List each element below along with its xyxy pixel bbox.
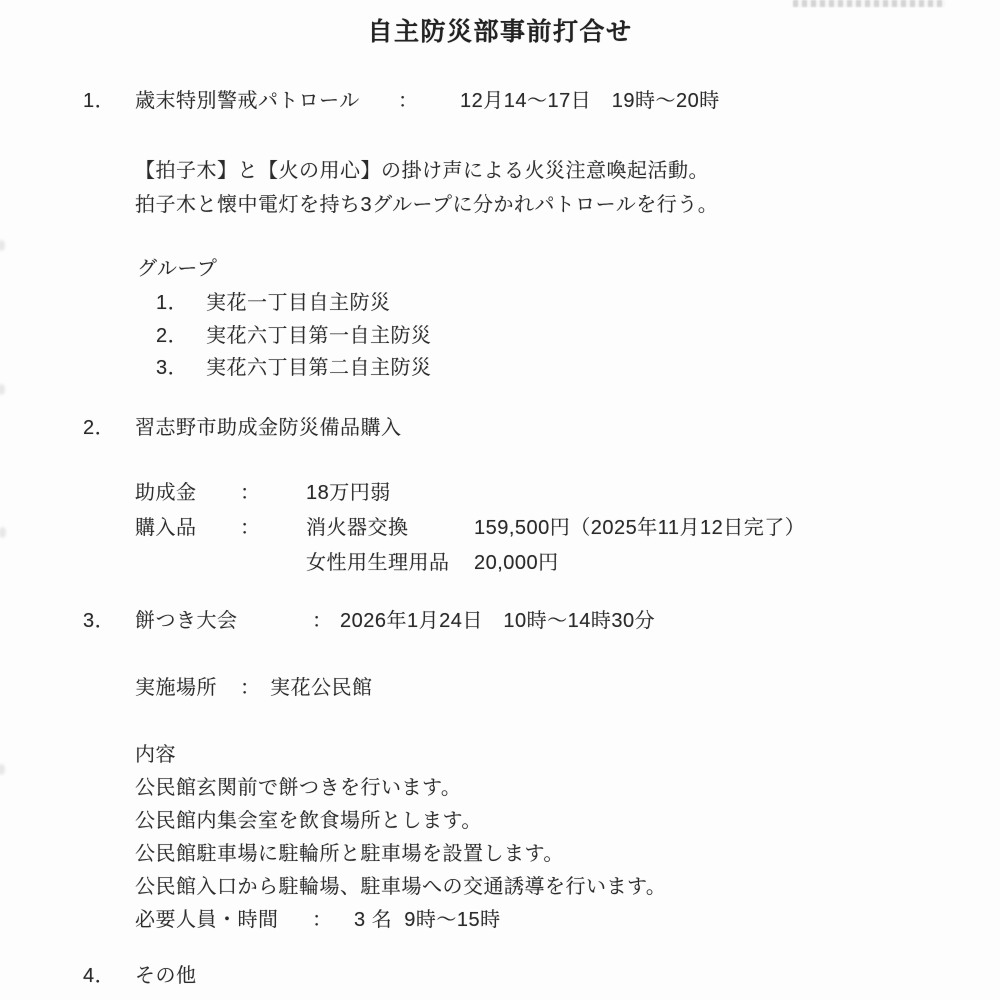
subsidy-label: 助成金 [135, 480, 197, 506]
purchase-colon: ： [240, 515, 261, 541]
purchase-item-name: 消火器交換 [306, 515, 409, 541]
scan-smudge [0, 764, 5, 775]
content-line: 公民館入口から駐輪場、駐車場への交通誘導を行います。 [135, 874, 666, 900]
section1-title: 歳末特別警戒パトロール [135, 88, 360, 114]
document-title: 自主防災部事前打合せ [0, 12, 1000, 48]
section4-number: 4． [83, 963, 115, 989]
section2-title: 習志野市助成金防災備品購入 [135, 415, 402, 441]
group-item-number: 1． [156, 290, 188, 316]
section3-colon: ： [312, 608, 333, 634]
staff-colon: ： [312, 907, 333, 933]
subsidy-colon: ： [240, 480, 261, 506]
purchase-item-name: 女性用生理用品 [306, 550, 450, 576]
content-line: 公民館駐車場に駐輪所と駐車場を設置します。 [135, 841, 564, 867]
group-item-name: 実花一丁目自主防災 [206, 290, 391, 316]
staff-label: 必要人員・時間 [135, 907, 279, 933]
group-item-number: 2． [156, 323, 188, 349]
content-heading: 内容 [135, 742, 176, 768]
purchase-label: 購入品 [135, 515, 197, 541]
section4-title: その他 [135, 963, 197, 989]
scan-artifact-top-right [793, 0, 945, 7]
scan-smudge [0, 384, 5, 395]
group-item-number: 3． [156, 355, 188, 381]
purchase-item-price: 159,500円（2025年11月12日完了） [474, 515, 805, 541]
group-heading: グループ [137, 256, 217, 282]
purchase-item-price: 20,000円 [474, 550, 559, 576]
content-line: 公民館内集会室を飲食場所とします。 [135, 808, 482, 834]
group-item-name: 実花六丁目第二自主防災 [206, 355, 432, 381]
section3-schedule: 2026年1月24日 10時～14時30分 [340, 608, 655, 634]
scan-smudge [0, 240, 5, 251]
section3-number: 3． [83, 608, 115, 634]
scan-smudge [0, 527, 6, 538]
section1-number: 1． [83, 88, 115, 114]
group-item-name: 実花六丁目第一自主防災 [206, 323, 432, 349]
section3-title: 餅つき大会 [135, 608, 238, 634]
section1-desc-line1: 【拍子木】と【火の用心】の掛け声による火災注意喚起活動。 [135, 158, 709, 184]
venue-label: 実施場所 [135, 675, 217, 701]
section1-schedule: 12月14～17日 19時～20時 [460, 88, 720, 114]
section2-number: 2． [83, 415, 115, 441]
staff-value: 3 名 9時～15時 [354, 907, 501, 933]
content-line: 公民館玄関前で餅つきを行います。 [135, 775, 461, 801]
venue-colon: ： [240, 675, 261, 701]
venue-value: 実花公民館 [270, 675, 373, 701]
section1-desc-line2: 拍子木と懐中電灯を持ち3グループに分かれパトロールを行う。 [135, 192, 718, 218]
section1-colon: ： [398, 88, 419, 114]
scanned-document-page: 自主防災部事前打合せ 1． 歳末特別警戒パトロール ： 12月14～17日 19… [0, 0, 1000, 1000]
subsidy-value: 18万円弱 [306, 480, 391, 506]
